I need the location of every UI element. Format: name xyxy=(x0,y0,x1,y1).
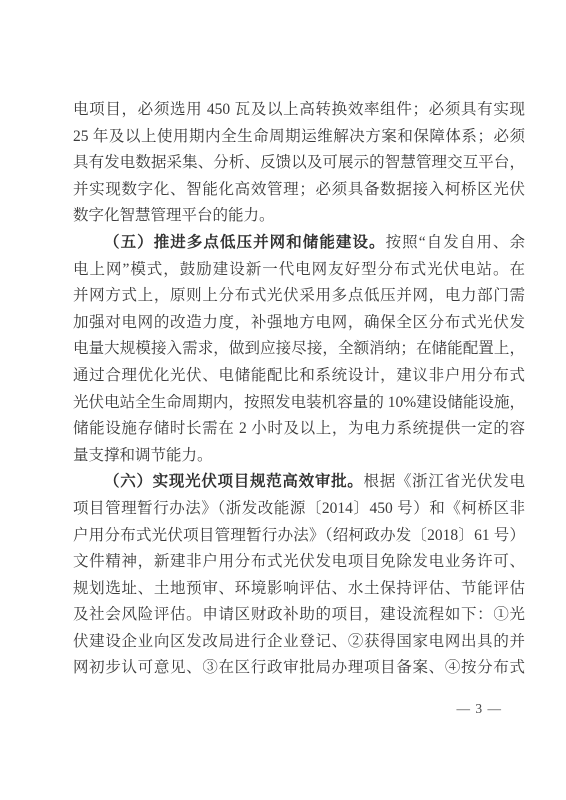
text-line: （六）实现光伏项目规范高效审批。根据《浙江省光伏发电 xyxy=(73,469,525,496)
text-line: 25 年及以上使用期内全生命周期运维解决方案和保障体系；必须 xyxy=(73,124,525,151)
text-line: 光伏电站全生命周期内，按照发电装机容量的 10%建设储能设施， xyxy=(73,390,525,417)
line-text: 根据《浙江省光伏发电 xyxy=(364,473,525,490)
document-body: 电项目，必须选用 450 瓦及以上高转换效率组件；必须具有实现25 年及以上使用… xyxy=(73,97,525,682)
line-text: 量支撑和调节能力。 xyxy=(73,447,213,464)
text-line: 及社会风险评估。申请区财政补助的项目，建设流程如下：①光 xyxy=(73,602,525,629)
line-text: 加强对电网的改造力度，补强地方电网，确保全区分布式光伏发 xyxy=(73,314,525,331)
line-text: 数字化智慧管理平台的能力。 xyxy=(73,207,275,224)
text-line: 并实现数字化、智能化高效管理；必须具备数据接入柯桥区光伏 xyxy=(73,177,525,204)
text-line: 项目管理暂行办法》（浙发改能源〔2014〕450 号）和《柯桥区非 xyxy=(73,496,525,523)
line-text: 项目管理暂行办法》（浙发改能源〔2014〕450 号）和《柯桥区非 xyxy=(73,500,525,517)
text-line: 文件精神，新建非户用分布式光伏发电项目免除发电业务许可、 xyxy=(73,549,525,576)
line-text: 光伏电站全生命周期内，按照发电装机容量的 10%建设储能设施， xyxy=(73,394,525,411)
text-line: 加强对电网的改造力度，补强地方电网，确保全区分布式光伏发 xyxy=(73,310,525,337)
line-text: 网初步认可意见、③在区行政审批局办理项目备案、④按分布式 xyxy=(73,659,525,676)
line-text: 通过合理优化光伏、电储能配比和系统设计，建议非户用分布式 xyxy=(73,367,525,384)
text-line: 网初步认可意见、③在区行政审批局办理项目备案、④按分布式 xyxy=(73,655,525,682)
line-text: 户用分布式光伏项目管理暂行办法》（绍柯政办发〔2018〕61 号） xyxy=(73,527,525,544)
text-line: 电项目，必须选用 450 瓦及以上高转换效率组件；必须具有实现 xyxy=(73,97,525,124)
paragraph-heading: （六）实现光伏项目规范高效审批。 xyxy=(104,473,364,490)
page-number: — 3 — xyxy=(457,701,503,717)
text-line: 户用分布式光伏项目管理暂行办法》（绍柯政办发〔2018〕61 号） xyxy=(73,523,525,550)
text-line: 电上网”模式，鼓励建设新一代电网友好型分布式光伏电站。在 xyxy=(73,257,525,284)
line-text: 电项目，必须选用 450 瓦及以上高转换效率组件；必须具有实现 xyxy=(73,101,525,118)
document-page: 电项目，必须选用 450 瓦及以上高转换效率组件；必须具有实现25 年及以上使用… xyxy=(0,0,566,800)
line-text: 并实现数字化、智能化高效管理；必须具备数据接入柯桥区光伏 xyxy=(73,181,525,198)
line-text: 并网方式上，原则上分布式光伏采用多点低压并网，电力部门需 xyxy=(73,287,525,304)
line-text: 按照“自发自用、余 xyxy=(386,234,525,251)
text-line: （五）推进多点低压并网和储能建设。按照“自发自用、余 xyxy=(73,230,525,257)
text-line: 量支撑和调节能力。 xyxy=(73,443,525,470)
text-line: 规划选址、土地预审、环境影响评估、水土保持评估、节能评估 xyxy=(73,576,525,603)
text-line: 通过合理优化光伏、电储能配比和系统设计，建议非户用分布式 xyxy=(73,363,525,390)
line-text: 文件精神，新建非户用分布式光伏发电项目免除发电业务许可、 xyxy=(73,553,525,570)
text-line: 数字化智慧管理平台的能力。 xyxy=(73,203,525,230)
paragraph-heading: （五）推进多点低压并网和储能建设。 xyxy=(104,234,386,251)
text-line: 具有发电数据采集、分析、反馈以及可展示的智慧管理交互平台， xyxy=(73,150,525,177)
line-text: 25 年及以上使用期内全生命周期运维解决方案和保障体系；必须 xyxy=(73,128,525,145)
line-text: 储能设施存储时长需在 2 小时及以上，为电力系统提供一定的容 xyxy=(73,420,525,437)
text-line: 储能设施存储时长需在 2 小时及以上，为电力系统提供一定的容 xyxy=(73,416,525,443)
text-line: 伏建设企业向区发改局进行企业登记、②获得国家电网出具的并 xyxy=(73,629,525,656)
line-text: 具有发电数据采集、分析、反馈以及可展示的智慧管理交互平台， xyxy=(73,154,525,171)
line-text: 电上网”模式，鼓励建设新一代电网友好型分布式光伏电站。在 xyxy=(73,261,525,278)
line-text: 伏建设企业向区发改局进行企业登记、②获得国家电网出具的并 xyxy=(73,633,525,650)
line-text: 电量大规模接入需求，做到应接尽接，全额消纳；在储能配置上， xyxy=(73,340,525,357)
text-line: 电量大规模接入需求，做到应接尽接，全额消纳；在储能配置上， xyxy=(73,336,525,363)
line-text: 规划选址、土地预审、环境影响评估、水土保持评估、节能评估 xyxy=(73,580,525,597)
text-line: 并网方式上，原则上分布式光伏采用多点低压并网，电力部门需 xyxy=(73,283,525,310)
line-text: 及社会风险评估。申请区财政补助的项目，建设流程如下：①光 xyxy=(73,606,525,623)
